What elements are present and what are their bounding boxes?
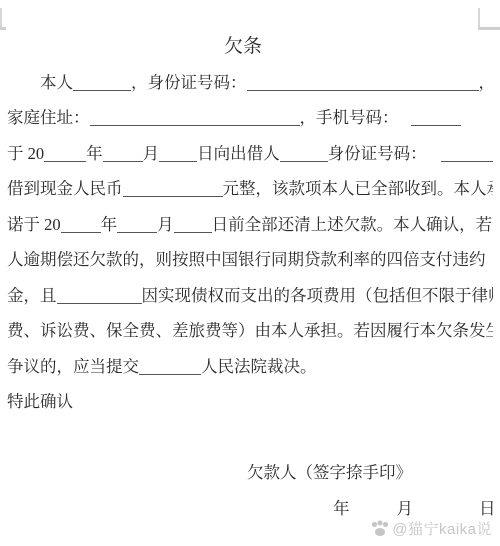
- document-line: 欠款人（签字捺手印》: [7, 455, 493, 491]
- text-run: 年: [101, 215, 118, 234]
- text-run: 诺于 20: [7, 215, 61, 234]
- document-canvas[interactable]: 欠条 本人，身份证号码：，家庭住址：，手机号码：于 20年月日向出借人身份证号码…: [0, 0, 500, 546]
- fill-in-blank[interactable]: [103, 159, 143, 162]
- text-run: ，手机号码：: [300, 108, 399, 127]
- text-run: ，身份证号码：: [131, 73, 247, 92]
- paw-icon: [372, 521, 388, 536]
- fill-in-blank[interactable]: [90, 123, 300, 126]
- fill-in-blank[interactable]: [247, 88, 479, 91]
- text-run: 月: [397, 499, 414, 518]
- text-run: 元整，该款项本人已全部收到。本人承: [223, 179, 494, 198]
- document-line: 于 20年月日向出借人身份证号码：: [7, 136, 493, 172]
- document-line: 争议的，应当提交人民法院裁决。: [7, 349, 493, 385]
- fill-in-blank[interactable]: [411, 123, 461, 126]
- fill-in-blank[interactable]: [139, 372, 201, 375]
- fill-in-blank[interactable]: [61, 230, 101, 233]
- text-run: ，: [479, 73, 494, 92]
- text-run: 因实现债权而支出的各项费用（包括但不限于律师: [142, 286, 494, 305]
- fill-in-blank[interactable]: [159, 159, 197, 162]
- fill-in-blank[interactable]: [117, 230, 157, 233]
- text-run: 欠款人（签字捺手印》: [247, 463, 412, 482]
- text-run: 本人: [40, 73, 73, 92]
- text-run: 年: [333, 499, 350, 518]
- document-line: 借到现金人民币元整，该款项本人已全部收到。本人承: [7, 171, 493, 207]
- watermark: @猫宁kaika说: [372, 518, 492, 539]
- fill-in-blank[interactable]: [174, 230, 212, 233]
- text-run: 争议的，应当提交: [7, 357, 139, 376]
- text-run: 人民法院裁决。: [201, 357, 317, 376]
- watermark-text: @猫宁kaika说: [392, 518, 492, 539]
- document-line: 费、诉讼费、保全费、差旅费等）由本人承担。若因履行本欠条发生: [7, 313, 493, 349]
- text-run: 身份证号码：: [328, 144, 427, 163]
- document-line: 诺于 20年月日前全部还清上述欠款。本人确认，若本: [7, 207, 493, 243]
- text-run: 日: [479, 499, 493, 518]
- fill-in-blank[interactable]: [441, 159, 493, 162]
- document-line: 本人，身份证号码：，: [7, 65, 493, 101]
- document-title: 欠条: [7, 29, 493, 65]
- fill-in-blank[interactable]: [280, 159, 328, 162]
- fill-in-blank[interactable]: [57, 301, 142, 304]
- document-line: 特此确认: [7, 384, 493, 420]
- fill-in-blank[interactable]: [44, 159, 86, 162]
- text-run: 于 20: [7, 144, 44, 163]
- text-run: 年: [86, 144, 103, 163]
- fill-in-blank[interactable]: [73, 88, 131, 91]
- text-run: 借到现金人民币: [7, 179, 123, 198]
- document-line: [7, 420, 493, 456]
- document-line: 金，且因实现债权而支出的各项费用（包括但不限于律师: [7, 278, 493, 314]
- text-run: 日向出借人: [197, 144, 280, 163]
- document-line: 人逾期偿还欠款的，则按照中国银行同期贷款利率的四倍支付违约: [7, 242, 493, 278]
- document-line: 家庭住址：，手机号码：: [7, 100, 493, 136]
- text-run: 特此确认: [7, 392, 73, 411]
- text-run: 金，且: [7, 286, 57, 305]
- text-run: 费、诉讼费、保全费、差旅费等）由本人承担。若因履行本欠条发生: [7, 321, 493, 340]
- text-run: 日前全部还清上述欠款。本人确认，若本: [212, 215, 493, 234]
- text-run: 人逾期偿还欠款的，则按照中国银行同期贷款利率的四倍支付违约: [7, 250, 486, 269]
- text-run: 月: [157, 215, 174, 234]
- text-run: 家庭住址：: [7, 108, 90, 127]
- document-body: 本人，身份证号码：，家庭住址：，手机号码：于 20年月日向出借人身份证号码：借到…: [7, 65, 493, 527]
- text-run: 月: [143, 144, 160, 163]
- fill-in-blank[interactable]: [123, 194, 223, 197]
